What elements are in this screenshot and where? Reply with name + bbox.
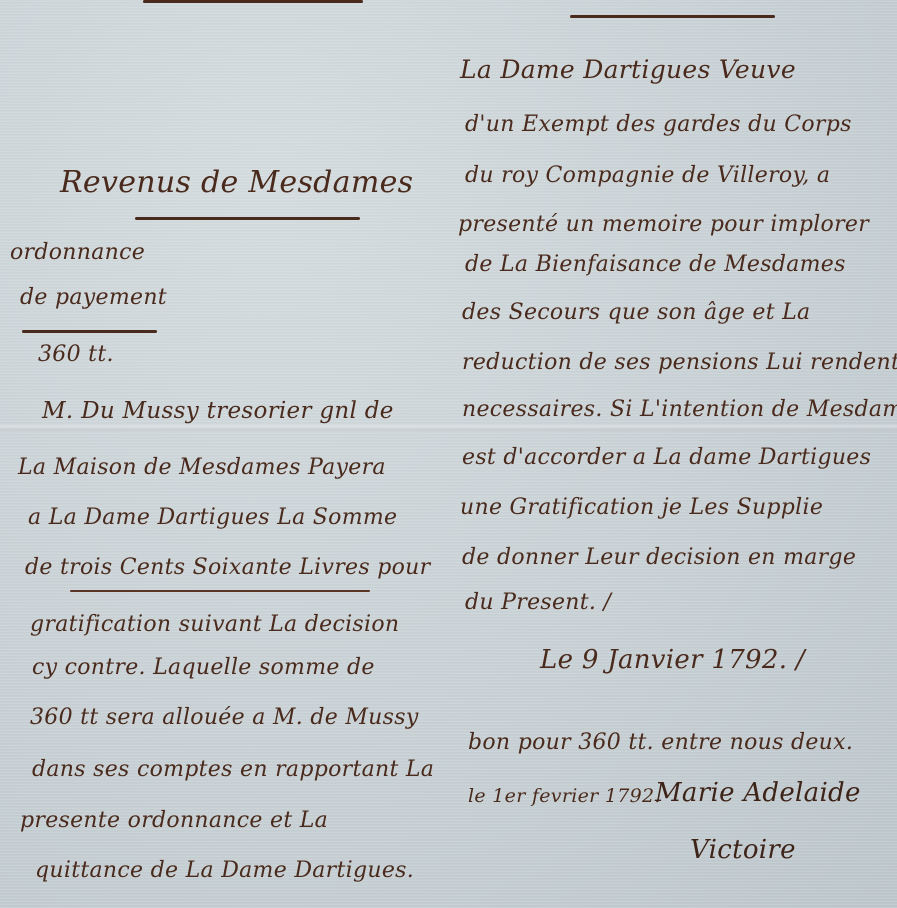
right-line-6: des Secours que son âge et La [462,300,810,325]
margin-note-underline [22,330,157,333]
left-line-7: 360 tt sera allouée a M. de Mussy [30,705,419,730]
top-rule-right [570,15,775,18]
left-line-2: La Maison de Mesdames Payera [18,455,386,480]
right-line-8: necessaires. Si L'intention de Mesdames [462,397,897,422]
signature-marie-adelaide: Marie Adelaide [655,778,861,808]
left-line-8: dans ses comptes en rapportant La [32,757,434,782]
signature-victoire: Victoire [690,835,796,865]
amount-underline [70,590,370,592]
right-line-4: presenté un memoire pour implorer [458,212,869,237]
left-line-6: cy contre. Laquelle somme de [32,655,375,680]
left-line-9: presente ordonnance et La [20,808,328,833]
right-line-5: de La Bienfaisance de Mesdames [465,252,846,277]
left-line-10: quittance de La Dame Dartigues. [35,858,414,883]
right-line-10: une Gratification je Les Supplie [460,495,823,520]
left-line-3: a La Dame Dartigues La Somme [28,505,397,530]
right-line-2: d'un Exempt des gardes du Corps [465,112,852,137]
margin-note-2: de payement [20,285,167,310]
heading-underline [135,217,360,220]
date-line: Le 9 Janvier 1792. / [540,645,805,675]
paper-fold [0,425,897,431]
right-line-9: est d'accorder a La dame Dartigues [462,445,871,470]
approval-line: bon pour 360 tt. entre nous deux. [468,730,853,755]
top-rule-left [143,0,363,3]
amount: 360 tt. [38,342,114,367]
right-line-12: du Present. / [465,590,611,615]
right-line-7: reduction de ses pensions Lui rendent [462,350,897,375]
right-line-1: La Dame Dartigues Veuve [460,55,796,84]
approval-date: le 1er fevrier 1792. [468,785,661,807]
margin-note-1: ordonnance [10,240,145,265]
left-line-1: M. Du Mussy tresorier gnl de [42,398,394,424]
heading: Revenus de Mesdames [60,165,413,200]
left-line-5: gratification suivant La decision [30,612,399,637]
right-line-11: de donner Leur decision en marge [462,545,856,570]
right-line-3: du roy Compagnie de Villeroy, a [465,163,830,188]
left-line-4: de trois Cents Soixante Livres pour [25,555,430,580]
